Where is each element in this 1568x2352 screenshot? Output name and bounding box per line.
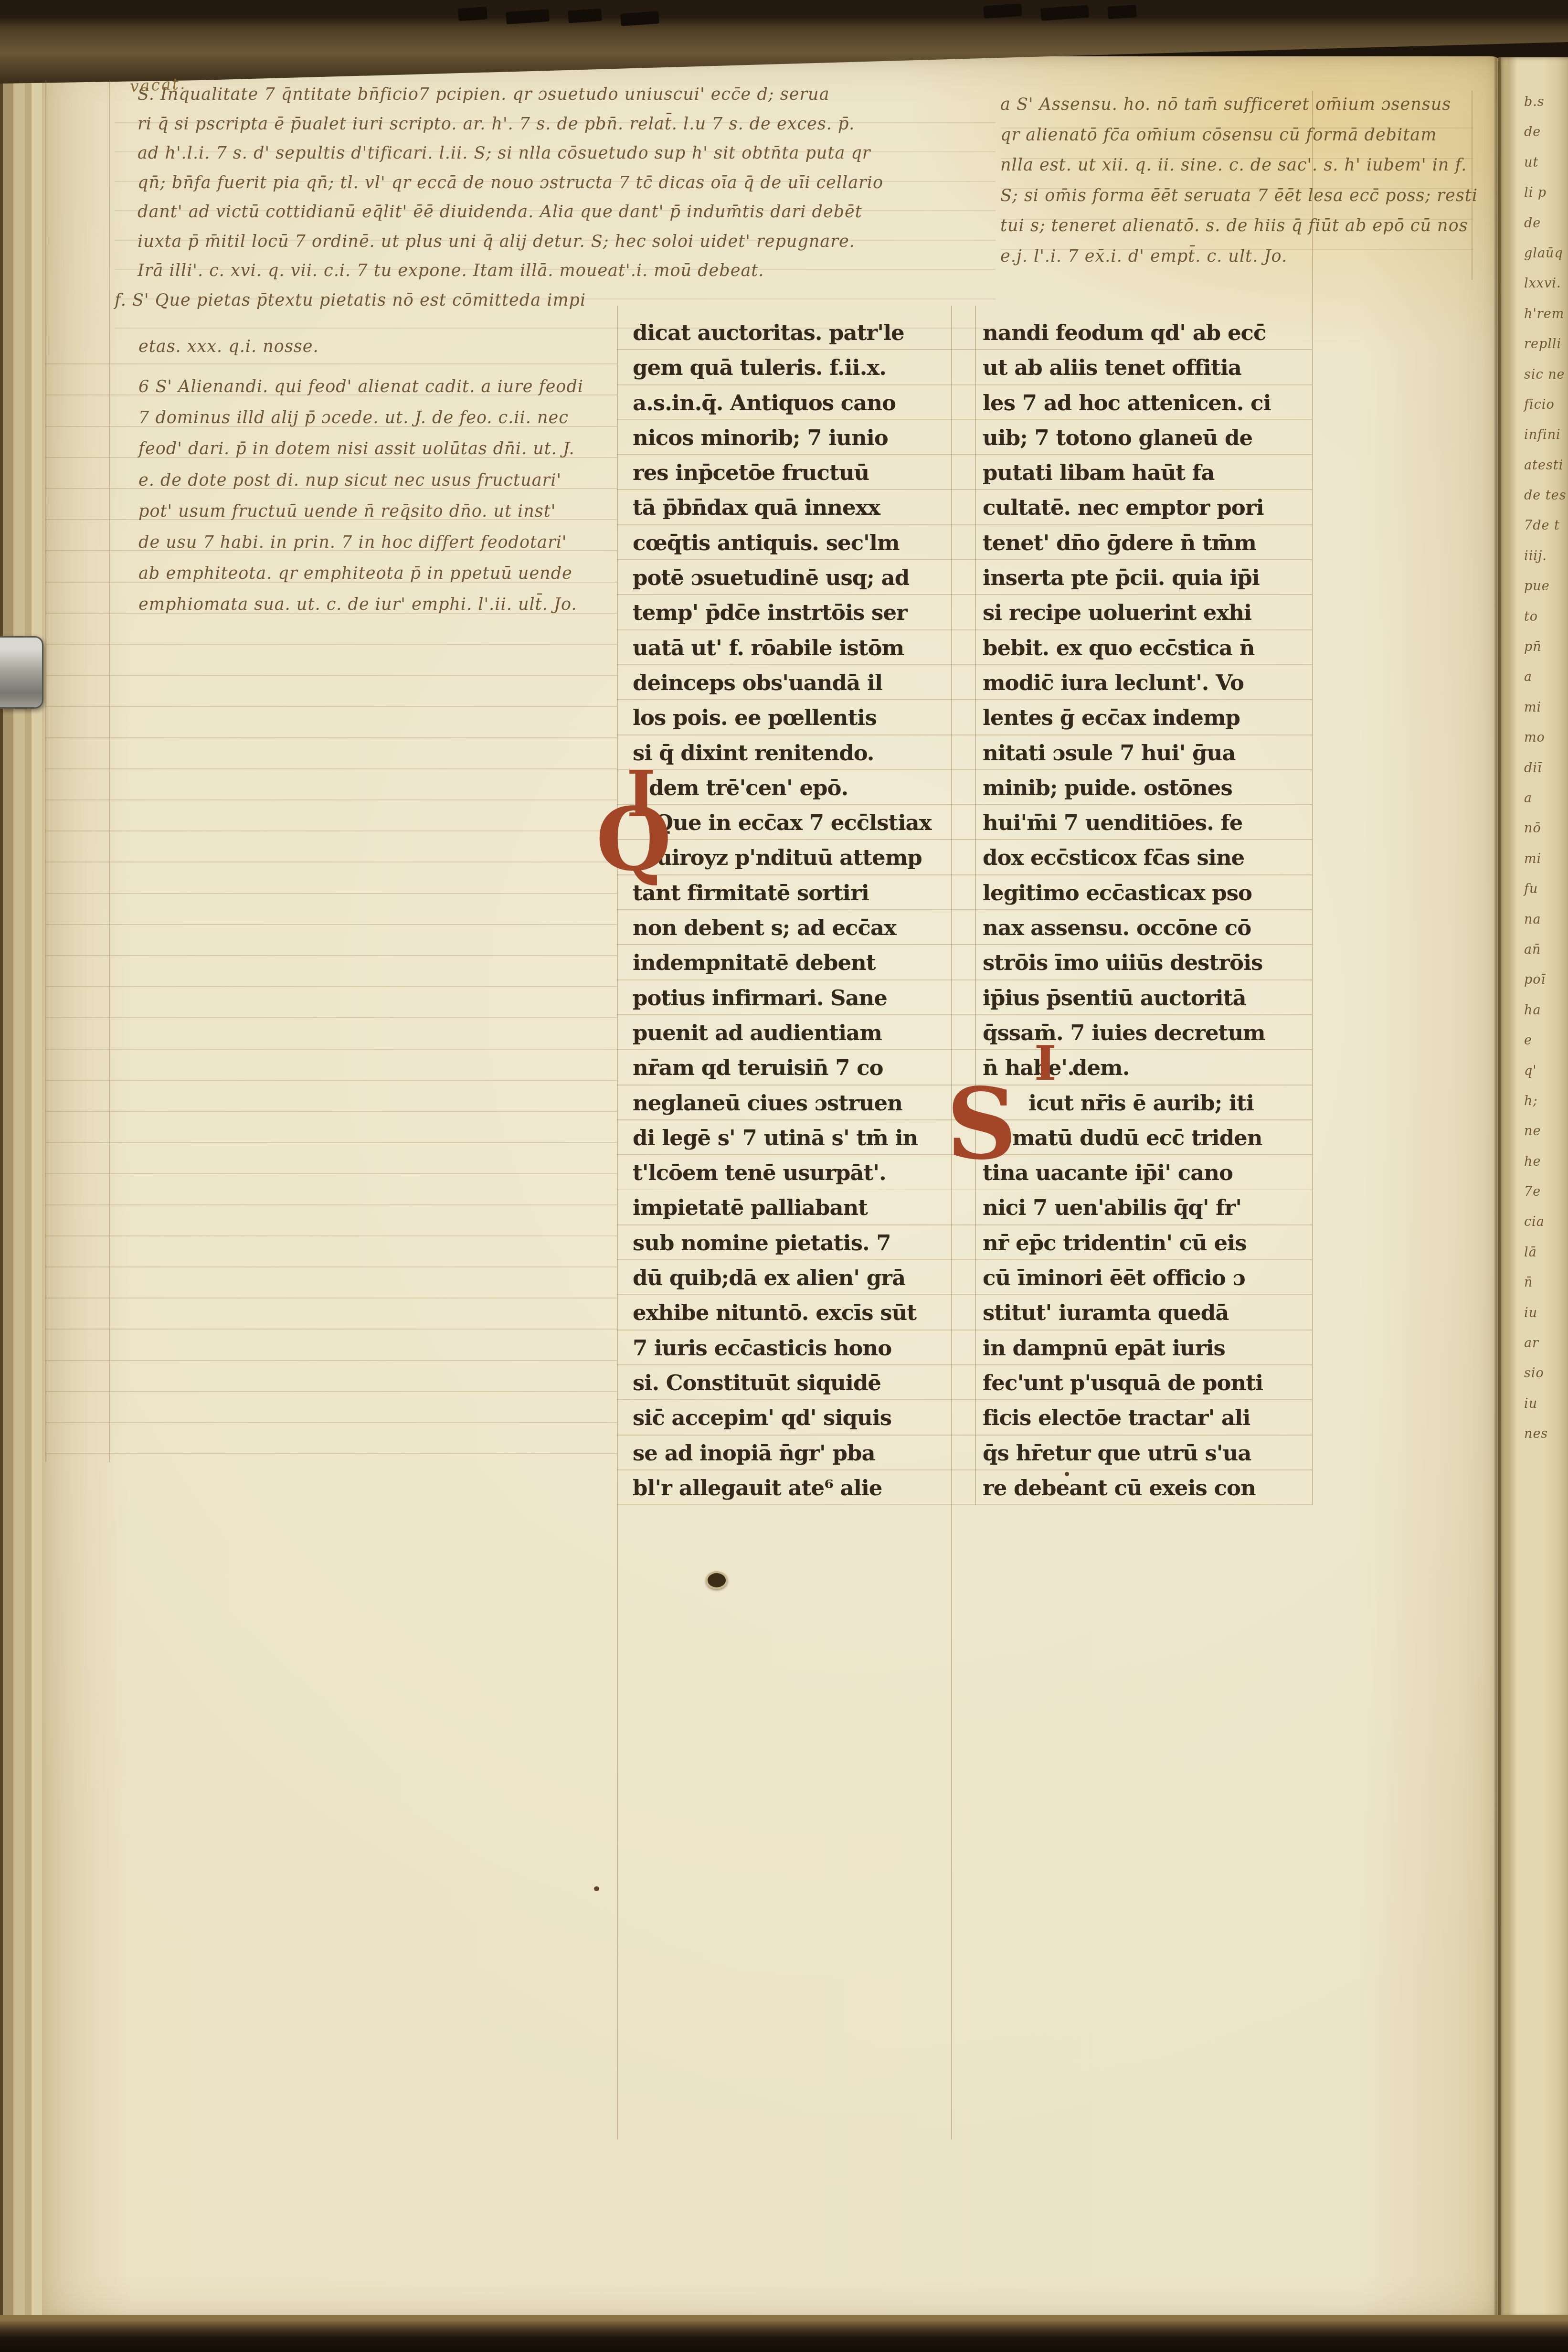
next-folio-edge: b.sdeutli pdeglaūqlxxvi.h'remrepllisic …	[1498, 57, 1568, 2317]
text-line: e.j. l'.i. 7 ex̄.i. d' empt̄. c. ult. Jo…	[1000, 242, 1475, 272]
parchment-hole	[706, 1571, 728, 1589]
text-line: iiij.	[1524, 541, 1568, 571]
text-line: nr̄ ep̄c tridentin' cū eis	[983, 1225, 1312, 1260]
idem-after-initial: dem.	[1072, 1050, 1129, 1085]
text-line: de tes	[1524, 480, 1568, 511]
text-line: a	[1524, 662, 1568, 692]
stitch-mark	[458, 7, 487, 21]
text-line: f. S' Que pietas p̄textu pietatis nō es…	[115, 286, 996, 316]
text-line: stitut' iuramta quedā	[983, 1295, 1312, 1330]
main-text-column-2: nandi feodum qd' ab ecc̄ut ab aliis tene…	[983, 315, 1312, 1505]
text-line: hui'm̄i 7 uenditiōes. fe	[983, 805, 1312, 840]
text-line: nici 7 uen'abilis q̄q' fr'	[983, 1190, 1312, 1225]
left-margin-gloss: 6 S' Alienandi. qui feod' alienat cadit.…	[138, 372, 616, 621]
ink-speck	[594, 1886, 599, 1891]
text-line: cultatē. nec emptor pori	[983, 490, 1312, 525]
text-line: mi	[1524, 692, 1568, 723]
top-left-gloss: S. Inqualitate 7 q̄ntitate bn̄ficio7 pci…	[115, 80, 996, 315]
text-line: re debeant cū exeis con	[983, 1470, 1312, 1505]
text-line: atesti	[1524, 450, 1568, 480]
vertical-rule	[1312, 91, 1313, 1505]
text-line: li p	[1524, 178, 1568, 208]
text-line: si q̄ dixint renitendo.	[633, 735, 956, 770]
text-line: 7 dominus illd alij p̄ ɔcede. ut. J. de …	[138, 403, 616, 434]
text-line: e	[1524, 1025, 1568, 1055]
text-line: poī	[1524, 965, 1568, 995]
stitch-mark	[568, 9, 602, 23]
text-line: uiroyz p'ndituū attemp	[633, 840, 956, 875]
text-line: 7e	[1524, 1177, 1568, 1207]
text-line: sub nomine pietatis. 7	[633, 1225, 956, 1260]
main-text-column-1: dicat auctoritas. patr'legem quā tuleri…	[633, 315, 956, 1505]
text-line: mi	[1524, 844, 1568, 874]
text-line: ip̄ius p̄sentiū auctoritā	[983, 980, 1312, 1015]
text-line: dū quib;dā ex alien' grā	[633, 1260, 956, 1295]
text-line: bebit. ex quo ecc̄stica n̄	[983, 630, 1312, 665]
left-gloss-carryover: etas. xxx. q.i. nosse.	[138, 337, 319, 356]
text-line: dem trē'cen' epō.	[633, 770, 956, 805]
text-line: iuxta p̄ m̄itil locū 7 ordinē. ut plus…	[115, 227, 996, 257]
text-line: lā	[1524, 1237, 1568, 1267]
text-line: mo	[1524, 723, 1568, 753]
text-line: res inp̄cetōe fructuū	[633, 455, 956, 490]
text-line: in dampnū epāt iuris	[983, 1330, 1312, 1365]
text-line: putati libam haūt fa	[983, 455, 1312, 490]
text-line: glaūq	[1524, 238, 1568, 268]
text-line: tina uacante ip̄i' cano	[983, 1155, 1312, 1190]
text-line: to	[1524, 602, 1568, 632]
text-line: potius infirmari. Sane	[633, 980, 956, 1015]
text-line: sio	[1524, 1358, 1568, 1388]
text-line: h;	[1524, 1086, 1568, 1116]
text-line: ficis electōe tractar' ali	[983, 1400, 1312, 1435]
text-line: neglaneū ciues ɔstruen	[633, 1086, 956, 1120]
text-line: minib; puide. ostōnes	[983, 770, 1312, 805]
metal-clasp	[0, 636, 43, 709]
text-line: 7 iuris ecc̄asticis hono	[633, 1330, 956, 1365]
text-line: potē ɔsuetudinē usq; ad	[633, 560, 956, 595]
text-line: nlla est. ut xii. q. ii. sine. c. de sac…	[1000, 150, 1475, 181]
text-line: indempnitatē debent	[633, 945, 956, 980]
text-line: nr̄am qd teruisin̄ 7 co	[633, 1050, 956, 1085]
text-line: pue	[1524, 571, 1568, 601]
manuscript-photo: b.sdeutli pdeglaūqlxxvi.h'remrepllisic …	[0, 0, 1568, 2352]
text-line: nes	[1524, 1419, 1568, 1449]
text-line: tenet' dn̄o ḡdere n̄ tm̄m	[983, 525, 1312, 560]
text-line: ficio	[1524, 390, 1568, 420]
text-line: uib; 7 totono glaneū de	[983, 420, 1312, 455]
text-line: h'rem	[1524, 299, 1568, 329]
text-line: b.s	[1524, 87, 1568, 117]
binding-leather-bottom	[0, 2315, 1568, 2352]
text-line: dox ecc̄sticox fc̄as sine	[983, 840, 1312, 875]
text-line: nandi feodum qd' ab ecc̄	[983, 315, 1312, 350]
text-line: e. de dote post di. nup sicut nec usus f…	[138, 465, 616, 496]
text-line: n̄	[1524, 1267, 1568, 1298]
text-line: t'lcōem tenē usurpāt'.	[633, 1155, 956, 1190]
page-edge-stack	[0, 0, 45, 2352]
text-line: lxxvi.	[1524, 268, 1568, 298]
text-line: temp' p̄dc̄e instrtōis ser	[633, 595, 956, 630]
text-line: tui s; teneret alienatō. s. de hiis q̄ …	[1000, 211, 1475, 242]
text-line: pot' usum fructuū uende n̄ req̄sito dn̄…	[138, 496, 616, 527]
text-line: dicat auctoritas. patr'le	[633, 315, 956, 350]
text-line: icut nr̄is ē aurib; iti	[983, 1086, 1312, 1120]
red-initial-S: S	[946, 1075, 1017, 1173]
text-line: na	[1524, 905, 1568, 935]
text-line: 6 S' Alienandi. qui feod' alienat cadit.…	[138, 372, 616, 403]
text-line: inserta pte p̄cii. quia ip̄i	[983, 560, 1312, 595]
text-line: di legē s' 7 utinā s' tm̄ in	[633, 1120, 956, 1155]
text-line: q̄ssam̄. 7 iuies decretum	[983, 1015, 1312, 1050]
next-folio-text-fragments: b.sdeutli pdeglaūqlxxvi.h'remrepllisic …	[1524, 87, 1568, 1449]
text-line: cia	[1524, 1207, 1568, 1237]
text-line: nō	[1524, 813, 1568, 843]
stitch-mark	[983, 3, 1022, 19]
stitch-mark	[1107, 5, 1137, 19]
text-line: cū īminori ēēt officio ɔ	[983, 1260, 1312, 1295]
text-line: a S' Assensu. ho. nō tam̄ sufficeret om…	[1000, 90, 1475, 120]
text-line: se ad inopiā n̄gr' pba	[633, 1436, 956, 1470]
text-line: q'	[1524, 1056, 1568, 1086]
text-line: q̄s hr̄etur que utrū s'ua	[983, 1436, 1312, 1470]
text-line: strōis īmo uiiūs destrōis	[983, 945, 1312, 980]
vertical-rule	[975, 306, 976, 1505]
text-line: pn̄	[1524, 632, 1568, 662]
text-line: ar	[1524, 1328, 1568, 1358]
text-line: bl'r allegauit ate⁶ alie	[633, 1470, 956, 1505]
text-line: feod' dari. p̄ in dotem nisi assit uolū…	[138, 434, 616, 465]
text-line: modic̄ iura leclunt'. Vo	[983, 665, 1312, 700]
text-line: an̄	[1524, 935, 1568, 965]
text-line: cœq̄tis antiquis. sec'lm	[633, 525, 956, 560]
text-line: a.s.in.q̄. Antiquos cano	[633, 385, 956, 420]
text-line: ut ab aliis tenet offitia	[983, 350, 1312, 385]
text-line: si recipe uoluerint exhi	[983, 595, 1312, 630]
stitch-mark	[620, 11, 659, 26]
text-line: impietatē palliabant	[633, 1190, 956, 1225]
text-line: ri q̄ si pscripta ē p̄ualet iuri scripto…	[115, 110, 996, 139]
ink-speck	[1065, 1472, 1069, 1476]
text-line: tā p̄bn̄dax quā innexx	[633, 490, 956, 525]
text-line: he	[1524, 1147, 1568, 1177]
text-line: deinceps obs'uandā il	[633, 665, 956, 700]
text-line: sic ne	[1524, 360, 1568, 390]
text-line: ha	[1524, 995, 1568, 1025]
text-line: los pois. ee pœllentis	[633, 700, 956, 735]
text-line: replli	[1524, 329, 1568, 359]
top-right-gloss: a S' Assensu. ho. nō tam̄ sufficeret om…	[1000, 90, 1475, 272]
text-line: 7de t	[1524, 511, 1568, 541]
vertical-rule	[45, 80, 46, 1462]
text-line: Irā illi'. c. xvi. q. vii. c.i. 7 tu ex…	[115, 256, 996, 286]
text-line: qn̄; bn̄fa fuerit pia qn̄; tl. vl' qr ec…	[115, 169, 996, 198]
text-line: de usu 7 habi. in prin. 7 in hoc differt…	[138, 527, 616, 558]
text-line: n̄ habe'.	[983, 1050, 1312, 1085]
text-line: iu	[1524, 1389, 1568, 1419]
text-line: gem quā tuleris. f.ii.x.	[633, 350, 956, 385]
text-line: Que in ecc̄ax 7 ecc̄lstiax	[633, 805, 956, 840]
text-line: legitimo ecc̄asticax pso	[983, 875, 1312, 910]
text-line: S; si om̄is forma ēēt seruata 7 ēēt lesa…	[1000, 181, 1475, 212]
text-line: nicos minorib; 7 iunio	[633, 420, 956, 455]
text-line: puenit ad audientiam	[633, 1015, 956, 1050]
text-line: emphiomata sua. ut. c. de iur' emphi. l'…	[138, 589, 616, 620]
text-line: infini	[1524, 420, 1568, 450]
text-line: iu	[1524, 1298, 1568, 1328]
text-line: sic̄ accepim' qd' siquis	[633, 1400, 956, 1435]
text-line: nitati ɔsule 7 hui' ḡua	[983, 735, 1312, 770]
text-line: les 7 ad hoc attenicen. ci	[983, 385, 1312, 420]
text-line: matū dudū ecc̄ triden	[983, 1120, 1312, 1155]
red-initial-Q: Q	[596, 796, 672, 883]
text-line: nax assensu. occōne cō	[983, 910, 1312, 945]
text-line: S. Inqualitate 7 q̄ntitate bn̄ficio7 pci…	[115, 80, 996, 110]
text-line: dant' ad victū cottidianū eq̄lit' ēē d…	[115, 198, 996, 227]
text-line: diī	[1524, 753, 1568, 783]
text-line: fu	[1524, 874, 1568, 904]
text-line: uatā ut' f. rōabile istōm	[633, 630, 956, 665]
text-line: ab emphiteota. qr emphiteota p̄ in ppetu…	[138, 558, 616, 589]
text-line: lentes ḡ ecc̄ax indemp	[983, 700, 1312, 735]
text-line: exhibe nituntō. excīs sūt	[633, 1295, 956, 1330]
text-line: de	[1524, 117, 1568, 147]
text-line: qr alienatō fc̄a om̄ium cōsensu cū fo…	[1000, 120, 1475, 151]
text-line: non debent s; ad ecc̄ax	[633, 910, 956, 945]
red-initial-I: I	[1034, 1039, 1057, 1087]
text-line: a	[1524, 783, 1568, 813]
vertical-rule	[617, 306, 618, 2139]
text-line: tant firmitatē sortiri	[633, 875, 956, 910]
text-line: ad h'.l.i. 7 s. d' sepultis d'tificari. …	[115, 139, 996, 169]
vertical-rule	[109, 80, 110, 1462]
text-line: de	[1524, 208, 1568, 238]
text-line: si. Constituūt siquidē	[633, 1365, 956, 1400]
text-line: ut	[1524, 148, 1568, 178]
gutter-shadow	[1494, 57, 1498, 2317]
text-line: fec'unt p'usquā de ponti	[983, 1365, 1312, 1400]
text-line: ne	[1524, 1116, 1568, 1146]
